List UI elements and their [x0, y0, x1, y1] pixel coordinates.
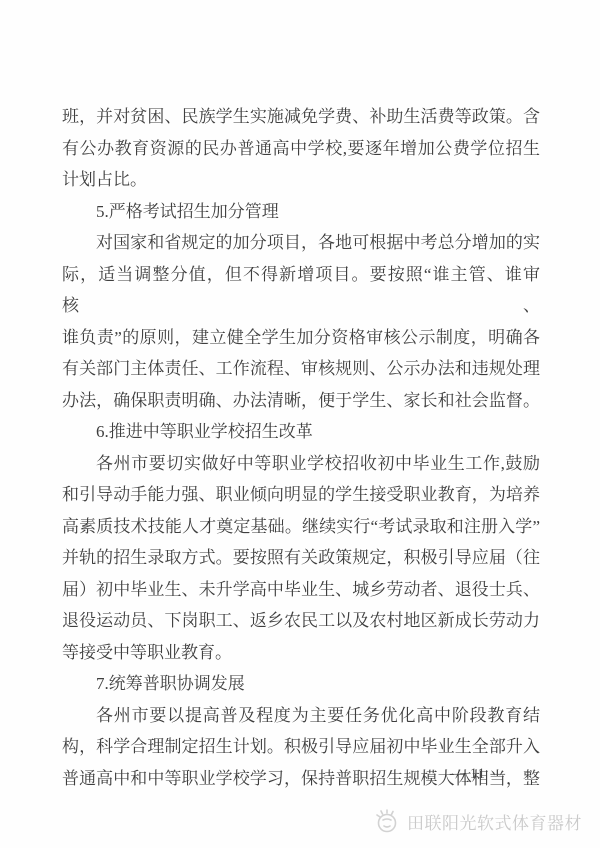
watermark-text: 田联阳光软式体育器材: [407, 809, 582, 834]
text-line: 有关部门主体责任、工作流程、审核规则、公示办法和违规处理: [62, 353, 540, 385]
document-content: 班，并对贫困、民族学生实施减免学费、补助生活费等政策。含有公办教育资源的民办普通…: [62, 101, 540, 794]
text-line: 对国家和省规定的加分项目，各地可根据中考总分增加的实: [62, 227, 540, 259]
text-line: 并轨的招生录取方式。要按照有关政策规定，积极引导应届（往: [62, 542, 540, 574]
watermark-footer: 田联阳光软式体育器材: [373, 806, 582, 836]
text-line: 办法，确保职责明确、办法清晰，便于学生、家长和社会监督。: [62, 385, 540, 417]
sun-runner-emblem-icon: [373, 807, 400, 835]
text-line: 各州市要以提高普及程度为主要任务优化高中阶段教育结: [62, 700, 540, 732]
text-line: 和引导动手能力强、职业倾向明显的学生接受职业教育，为培养: [62, 479, 540, 511]
text-line: 际，适当调整分值，但不得新增项目。要按照“谁主管、谁审核、: [62, 259, 540, 322]
text-line: 等接受中等职业教育。: [62, 637, 540, 669]
page-number: — 11 —: [450, 766, 506, 783]
text-line: 班，并对贫困、民族学生实施减免学费、补助生活费等政策。含: [62, 101, 540, 133]
text-line: 各州市要切实做好中等职业学校招收初中毕业生工作,鼓励: [62, 448, 540, 480]
text-line: 高素质技术技能人才奠定基础。继续实行“考试录取和注册入学”: [62, 511, 540, 543]
text-line: 有公办教育资源的民办普通高中学校,要逐年增加公费学位招生: [62, 133, 540, 165]
text-line: 退役运动员、下岗职工、返乡农民工以及农村地区新成长劳动力: [62, 605, 540, 637]
section-heading: 5.严格考试招生加分管理: [62, 196, 540, 228]
section-heading: 7.统筹普职协调发展: [62, 668, 540, 700]
text-line: 构，科学合理制定招生计划。积极引导应届初中毕业生全部升入: [62, 731, 540, 763]
text-line: 届）初中毕业生、未升学高中毕业生、城乡劳动者、退役士兵、: [62, 574, 540, 606]
text-line: 计划占比。: [62, 164, 540, 196]
document-page: 班，并对贫困、民族学生实施减免学费、补助生活费等政策。含有公办教育资源的民办普通…: [0, 0, 600, 848]
section-heading: 6.推进中等职业学校招生改革: [62, 416, 540, 448]
text-line: 谁负责”的原则，建立健全学生加分资格审核公示制度，明确各: [62, 322, 540, 354]
